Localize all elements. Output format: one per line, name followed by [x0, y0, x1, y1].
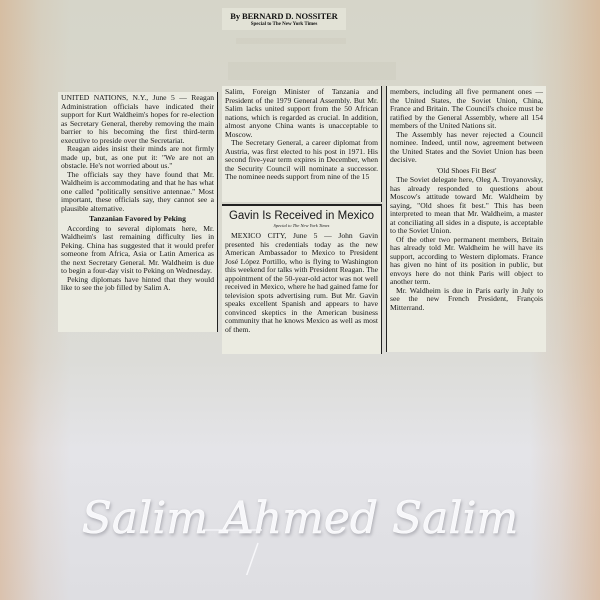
article-paragraph: Mr. Waldheim is due in Paris early in Ju… [390, 287, 543, 313]
article-paragraph: MEXICO CITY, June 5 — John Gavin present… [225, 232, 378, 334]
article-paragraph: The officials say they have found that M… [61, 171, 214, 214]
article-column-2: Salim, Foreign Minister of Tanzania and … [222, 86, 382, 202]
article-paragraph: The Soviet delegate here, Oleg A. Troyan… [390, 176, 543, 236]
article-column-3: members, including all five permanent on… [386, 86, 546, 352]
article-paragraph: UNITED NATIONS, N.Y., June 5 — Reagan Ad… [61, 94, 214, 145]
article-paragraph: The Assembly has never rejected a Counci… [390, 131, 543, 165]
clipping-shadow-strip [228, 62, 396, 80]
byline-clipping: By BERNARD D. NOSSITER Special to The Ne… [222, 8, 346, 30]
clipping-shadow-strip [236, 38, 346, 44]
article-paragraph: According to several diplomats here, Mr.… [61, 225, 214, 276]
article-paragraph: The Secretary General, a career diplomat… [225, 139, 378, 182]
article-paragraph: Salim, Foreign Minister of Tanzania and … [225, 88, 378, 139]
byline-dept: Special to The New York Times [222, 22, 346, 27]
gavin-headline: Gavin Is Received in Mexico [225, 212, 378, 221]
article-column-1: UNITED NATIONS, N.Y., June 5 — Reagan Ad… [58, 92, 218, 332]
signature-flourish [246, 543, 258, 575]
gavin-article: Gavin Is Received in Mexico Special to T… [222, 204, 382, 354]
article-subhead: Tanzanian Favored by Peking [61, 215, 214, 224]
signature-watermark: Salim Ahmed Salim [0, 455, 600, 575]
article-paragraph: members, including all five permanent on… [390, 88, 543, 131]
signature-text: Salim Ahmed Salim [82, 493, 519, 544]
article-paragraph: Reagan aides insist their minds are not … [61, 145, 214, 171]
gavin-dateline-source: Special to The New York Times [225, 222, 378, 231]
article-subhead: 'Old Shoes Fit Best' [390, 167, 543, 176]
article-paragraph: Of the other two permanent members, Brit… [390, 236, 543, 287]
byline-author: By BERNARD D. NOSSITER [222, 11, 346, 21]
article-paragraph: Peking diplomats have hinted that they w… [61, 276, 214, 293]
